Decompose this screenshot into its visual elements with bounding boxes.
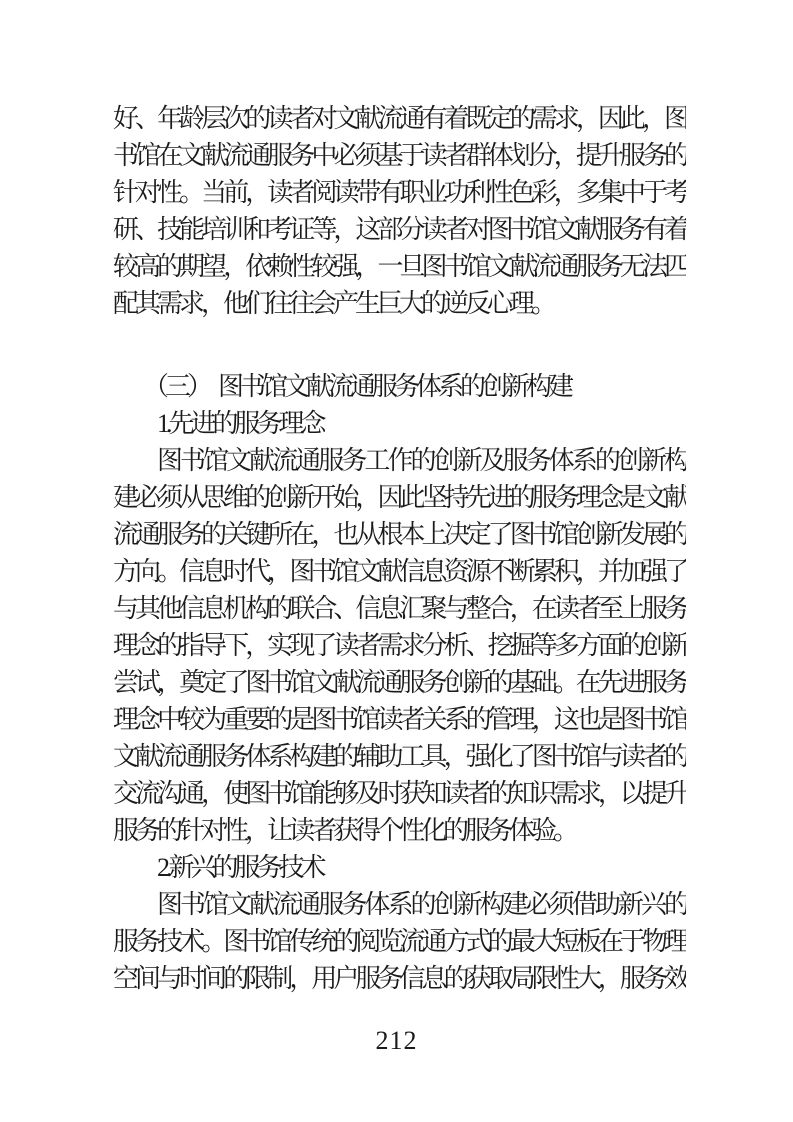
sub-heading: 2.新兴的服务技术 bbox=[113, 849, 686, 886]
text-line: 较高的期望，依赖性较强，一旦图书馆文献流通服务无法匹 bbox=[113, 248, 686, 285]
text-line: 尝试，奠定了图书馆文献流通服务创新的基础。在先进服务 bbox=[113, 664, 686, 701]
text-line: 配其需求，他们往往会产生巨大的逆反心理。 bbox=[113, 285, 686, 322]
text-line: 文献流通服务体系构建的辅助工具，强化了图书馆与读者的 bbox=[113, 738, 686, 775]
text-line: 流通服务的关键所在，也从根本上决定了图书馆创新发展的 bbox=[113, 516, 686, 553]
text-line: 交流沟通，使图书馆能够及时获知读者的知识需求，以提升 bbox=[113, 775, 686, 812]
text-line: 理念中较为重要的是图书馆读者关系的管理，这也是图书馆 bbox=[113, 701, 686, 738]
text-line: 空间与时间的限制，用户服务信息的获取局限性大，服务效 bbox=[113, 960, 686, 997]
text-line: 图书馆文献流通服务工作的创新及服务体系的创新构 bbox=[113, 442, 686, 479]
text-line: 与其他信息机构的联合、信息汇聚与整合，在读者至上服务 bbox=[113, 590, 686, 627]
text-line: 好、年龄层次的读者对文献流通有着既定的需求，因此，图 bbox=[113, 100, 686, 137]
text-line: 建必须从思维的创新开始，因此坚持先进的服务理念是文献 bbox=[113, 479, 686, 516]
page-number: 212 bbox=[0, 1026, 793, 1056]
text-line: 服务技术。图书馆传统的阅览流通方式的最大短板在于物理 bbox=[113, 923, 686, 960]
text-line: 研、技能培训和考证等，这部分读者对图书馆文献服务有着 bbox=[113, 211, 686, 248]
text-line: 方向。信息时代，图书馆文献信息资源不断累积，并加强了 bbox=[113, 553, 686, 590]
sub-heading: 1.先进的服务理念 bbox=[113, 405, 686, 442]
text-line: 针对性。当前，读者阅读带有职业功利性色彩，多集中于考 bbox=[113, 174, 686, 211]
section-heading: （三） 图书馆文献流通服务体系的创新构建 bbox=[113, 368, 686, 405]
document-body: 好、年龄层次的读者对文献流通有着既定的需求，因此，图书馆在文献流通服务中必须基于… bbox=[113, 100, 686, 997]
text-line: 图书馆文献流通服务体系的创新构建必须借助新兴的 bbox=[113, 886, 686, 923]
text-line: 书馆在文献流通服务中必须基于读者群体划分，提升服务的 bbox=[113, 137, 686, 174]
document-page: 好、年龄层次的读者对文献流通有着既定的需求，因此，图书馆在文献流通服务中必须基于… bbox=[0, 0, 793, 1122]
text-line: 服务的针对性，让读者获得个性化的服务体验。 bbox=[113, 812, 686, 849]
text-line: 理念的指导下，实现了读者需求分析、挖掘等多方面的创新 bbox=[113, 627, 686, 664]
